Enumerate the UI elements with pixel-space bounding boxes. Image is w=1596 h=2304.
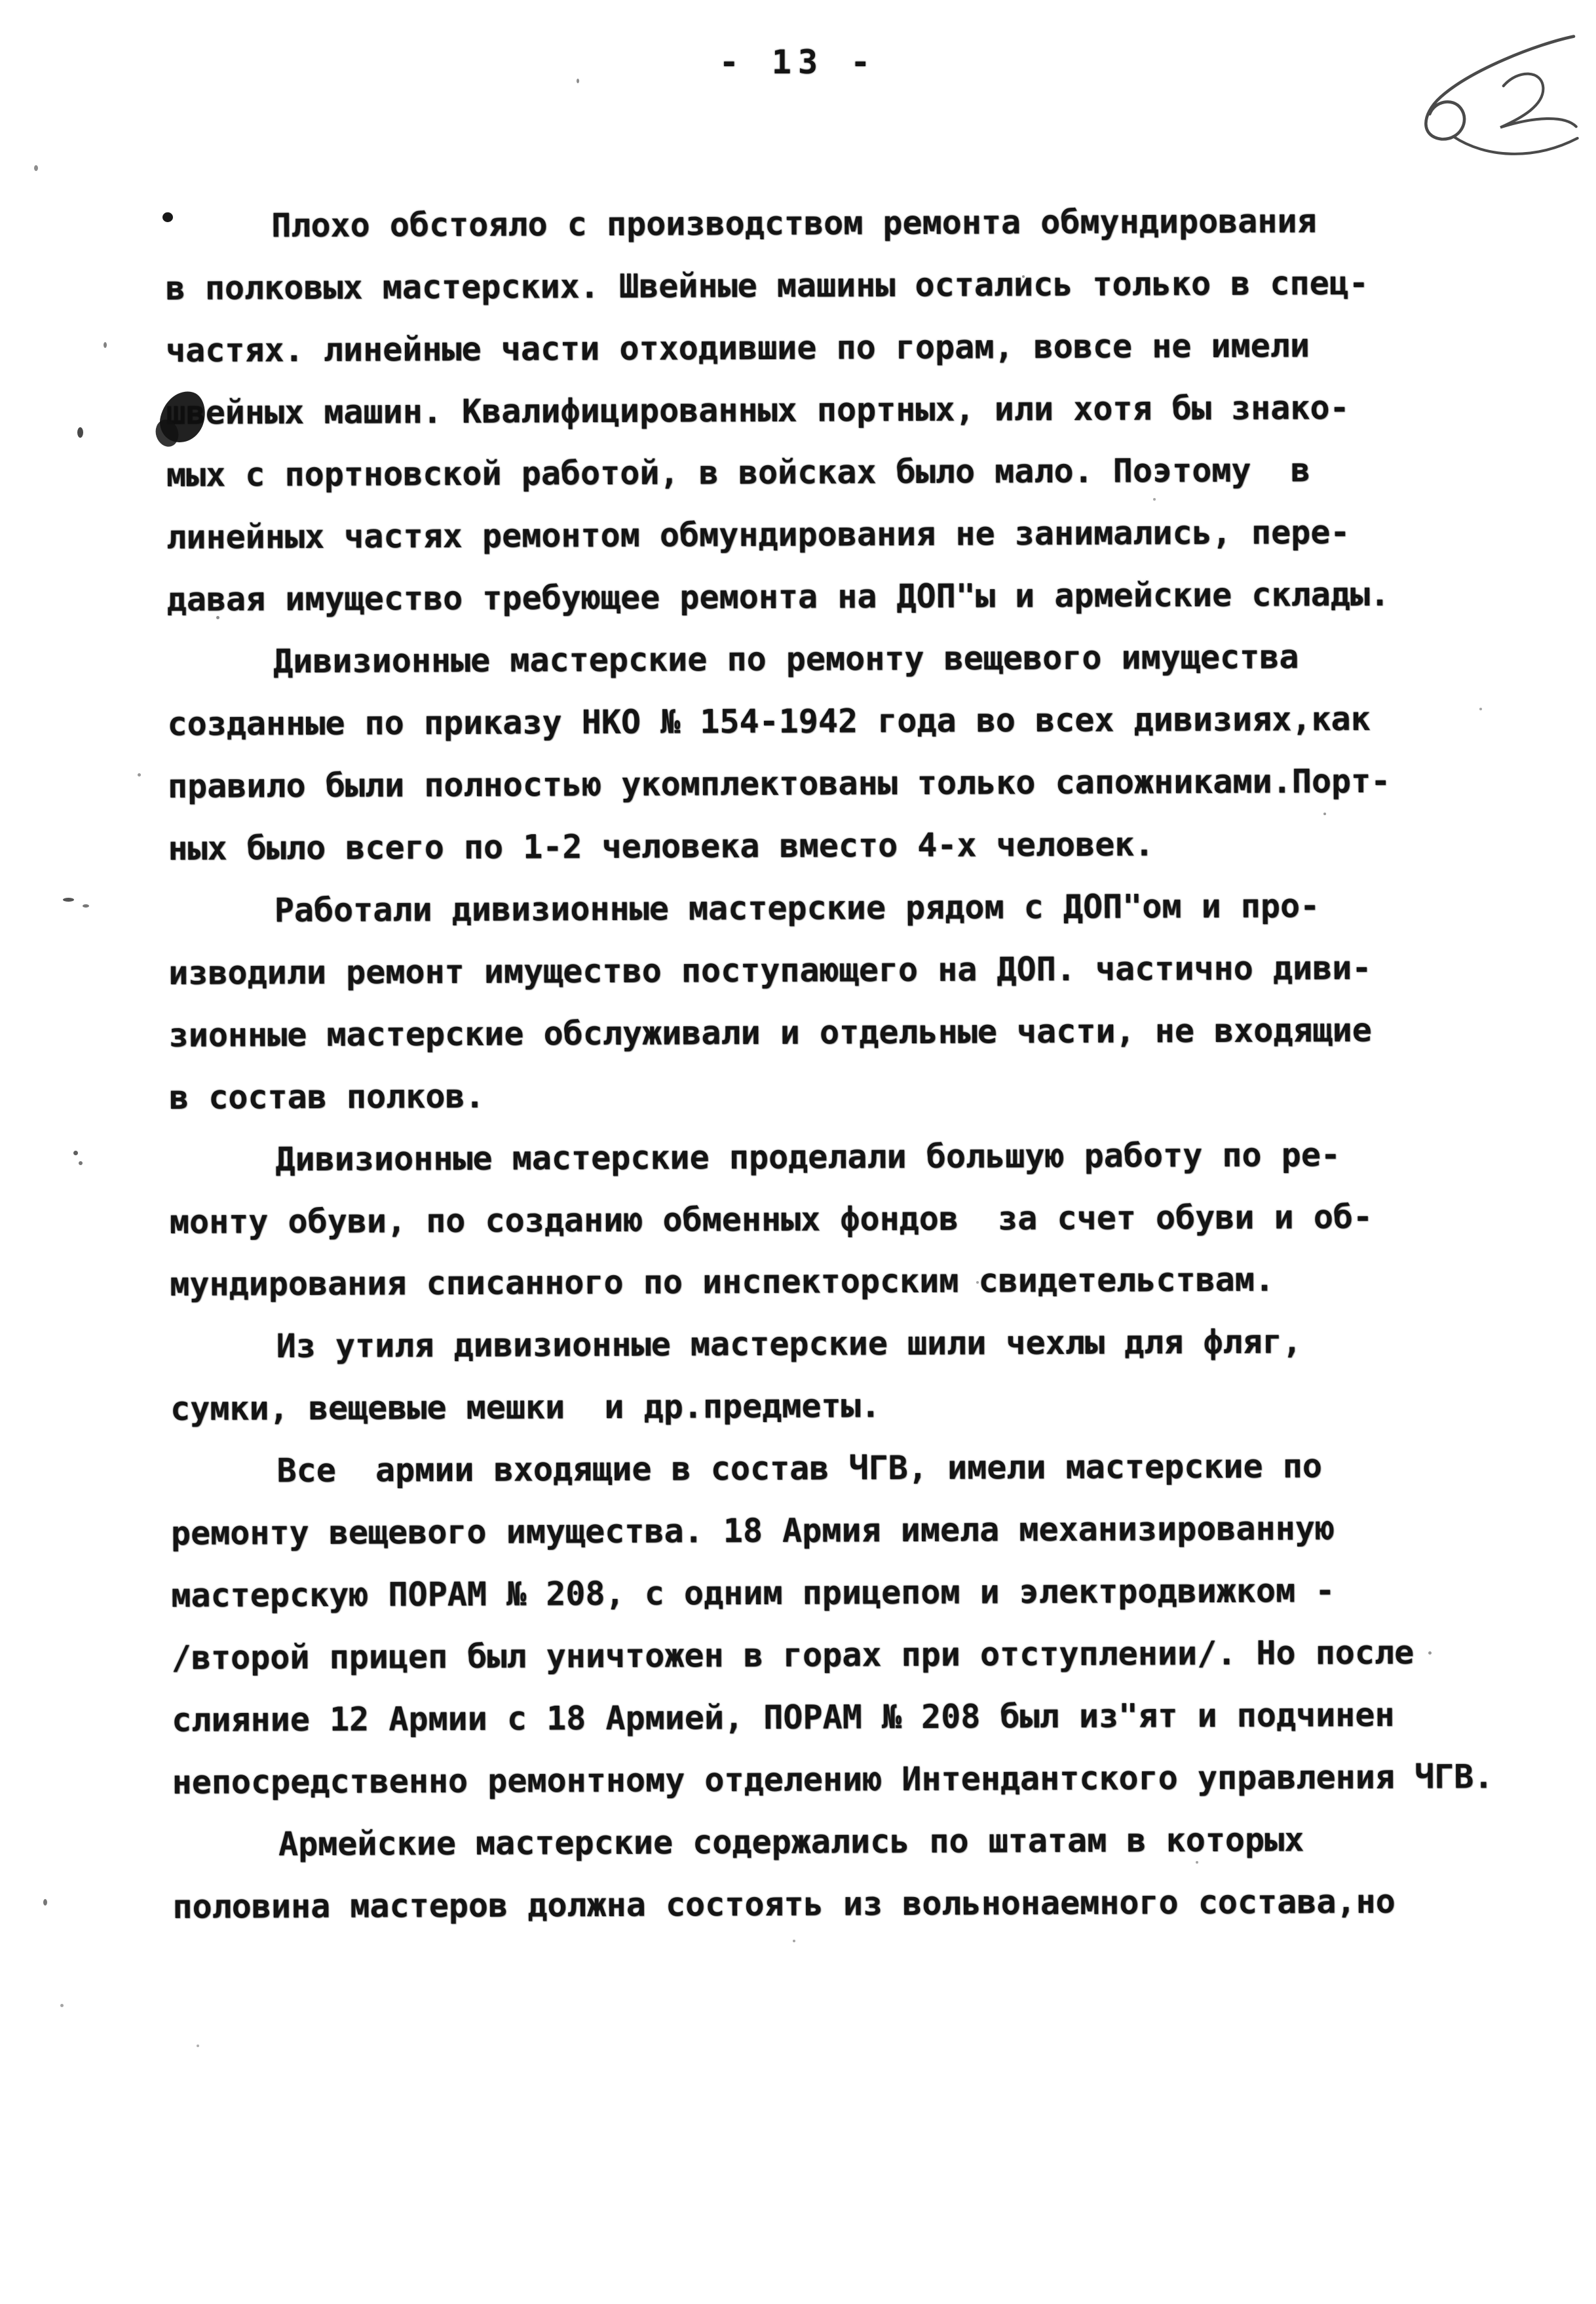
scan-speck — [577, 79, 579, 83]
scan-speck — [43, 1899, 47, 1906]
text-line: половина мастеров должна состоять из вол… — [172, 1870, 1535, 1938]
scan-speck — [1323, 813, 1326, 815]
scan-speck — [419, 1717, 422, 1720]
scan-speck — [459, 1101, 462, 1104]
scanned-page: - 13 - Плохо обстояло с производством ре… — [0, 0, 1596, 2304]
text-line: мых с портновской работой, в войсках был… — [166, 438, 1529, 507]
scan-speck — [138, 773, 141, 777]
text-line: Дивизионные мастерские по ремонту вещево… — [167, 625, 1530, 693]
text-line: сумки, вещевые мешки и др.предметы. — [170, 1372, 1533, 1440]
scan-speck — [34, 165, 38, 171]
scan-speck — [216, 616, 219, 619]
text-line: давая имущество требующее ремонта на ДОП… — [166, 563, 1529, 631]
text-line: зионные мастерские обслуживали и отдельн… — [168, 999, 1531, 1067]
text-line: Армейские мастерские содержались по штат… — [172, 1808, 1535, 1876]
text-line: в полковых мастерских. Швейные машины ос… — [165, 252, 1528, 320]
scan-speck — [314, 1415, 318, 1419]
text-line: монту обуви, по созданию обменных фондов… — [170, 1185, 1532, 1254]
scan-speck — [104, 342, 107, 348]
scan-speck — [197, 2045, 199, 2047]
scan-speck — [73, 1151, 78, 1155]
scan-speck — [1153, 498, 1156, 501]
document-body: Плохо обстояло с производством ремонта о… — [165, 189, 1536, 1938]
text-line: Плохо обстояло с производством ремонта о… — [165, 189, 1528, 258]
text-line: Из утиля дивизионные мастерские шили чех… — [170, 1310, 1532, 1378]
scan-speck — [79, 1161, 83, 1165]
text-line: слияние 12 Армии с 18 Армией, ПОРАМ № 20… — [172, 1683, 1534, 1752]
scan-speck — [63, 898, 74, 902]
text-line: Работали дивизионные мастерские рядом с … — [168, 874, 1531, 942]
text-line: линейных частях ремонтом обмундирования … — [166, 501, 1529, 569]
text-line: /второй прицеп был уничтожен в горах при… — [172, 1621, 1534, 1689]
scan-speck — [77, 427, 83, 438]
text-line: Все армии входящие в состав ЧГВ, имели м… — [170, 1434, 1533, 1503]
scan-speck — [83, 904, 89, 908]
text-line: непосредственно ремонтному отделению Инт… — [172, 1746, 1534, 1814]
text-line: мундирования списанного по инспекторским… — [170, 1248, 1532, 1316]
text-line: в состав полков. — [169, 1061, 1532, 1129]
scan-speck — [1196, 1861, 1198, 1864]
text-line: частях. линейные части отходившие по гор… — [166, 314, 1529, 382]
text-line: ных было всего по 1-2 человека вместо 4-… — [168, 812, 1530, 880]
ink-dot-artifact — [162, 212, 173, 222]
text-line: созданные по приказу НКО № 154-1942 года… — [167, 687, 1530, 756]
text-line: Дивизионные мастерские проделали большую… — [169, 1123, 1532, 1191]
scan-speck — [60, 2004, 64, 2007]
text-line: швейных машин. Квалифицированных портных… — [166, 376, 1529, 444]
text-line: правило были полностью укомплектованы то… — [168, 750, 1530, 818]
handwritten-mark — [1358, 5, 1596, 172]
text-line: мастерскую ПОРАМ № 208, с одним прицепом… — [171, 1559, 1534, 1627]
scan-speck — [976, 1281, 979, 1284]
page-number: - 13 - — [0, 43, 1596, 81]
text-line: изводили ремонт имущество поступающего н… — [168, 936, 1531, 1005]
scan-speck — [793, 1940, 795, 1942]
scan-speck — [1428, 1651, 1432, 1655]
scan-speck — [1479, 708, 1482, 710]
scan-speck — [1022, 275, 1025, 278]
text-line: ремонту вещевого имущества. 18 Армия име… — [171, 1497, 1534, 1565]
pencil-scribble-icon — [1358, 5, 1596, 172]
